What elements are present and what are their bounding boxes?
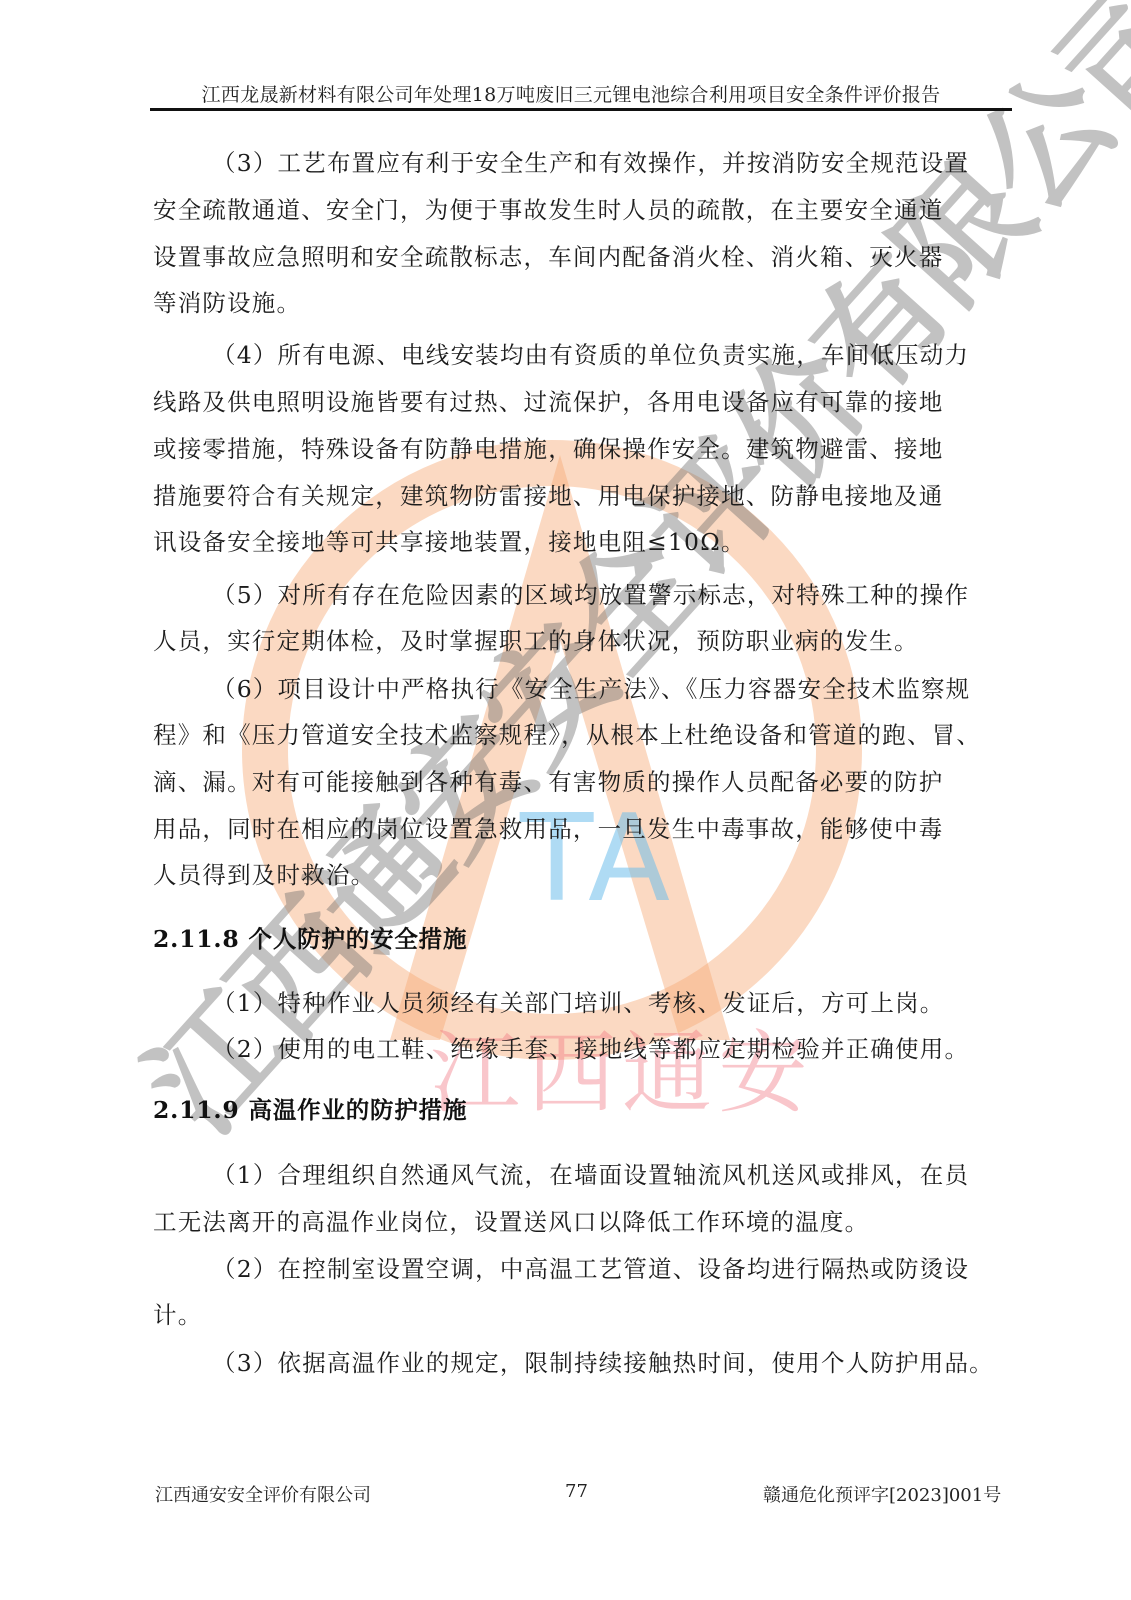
paragraph-line: （3）依据高温作业的规定，限制持续接触热时间，使用个人防护用品。 bbox=[212, 1348, 1074, 1378]
paragraph-line: 用品，同时在相应的岗位设置急救用品，一旦发生中毒事故，能够使中毒 bbox=[153, 814, 1015, 844]
paragraph-line: （2）在控制室设置空调，中高温工艺管道、设备均进行隔热或防烫设 bbox=[212, 1254, 1074, 1284]
paragraph-line: 计。 bbox=[153, 1300, 1015, 1330]
paragraph-line: （3）工艺布置应有利于安全生产和有效操作，并按消防安全规范设置 bbox=[212, 148, 1074, 178]
paragraph-line: （4）所有电源、电线安装均由有资质的单位负责实施，车间低压动力 bbox=[212, 340, 1074, 370]
section-heading: 2.11.8 个人防护的安全措施 bbox=[153, 924, 467, 954]
paragraph-line: 线路及供电照明设施皆要有过热、过流保护，各用电设备应有可靠的接地 bbox=[153, 387, 1015, 417]
section-heading: 2.11.9 高温作业的防护措施 bbox=[153, 1095, 467, 1125]
document-page: TA 江西通安 江西通安安全评价有限公司 江西龙晟新材料有限公司年处理18万吨废… bbox=[0, 0, 1131, 1600]
paragraph-line: 措施要符合有关规定，建筑物防雷接地、用电保护接地、防静电接地及通 bbox=[153, 481, 1015, 511]
paragraph-line: 滴、漏。对有可能接触到各种有毒、有害物质的操作人员配备必要的防护 bbox=[153, 767, 1015, 797]
paragraph-line: （1）合理组织自然通风气流，在墙面设置轴流风机送风或排风，在员 bbox=[212, 1160, 1074, 1190]
paragraph-line: 人员得到及时救治。 bbox=[153, 860, 1015, 890]
footer-document-number: 赣通危化预评字[2023]001号 bbox=[763, 1481, 1001, 1507]
paragraph-line: （1）特种作业人员须经有关部门培训、考核、发证后，方可上岗。 bbox=[212, 988, 1074, 1018]
paragraph-line: （6）项目设计中严格执行《安全生产法》、《压力容器安全技术监察规 bbox=[212, 674, 1074, 704]
footer-company: 江西通安安全评价有限公司 bbox=[155, 1481, 371, 1507]
paragraph-line: 或接零措施，特殊设备有防静电措施，确保操作安全。建筑物避雷、接地 bbox=[153, 434, 1015, 464]
paragraph-line: 等消防设施。 bbox=[153, 288, 1015, 318]
paragraph-line: 安全疏散通道、安全门，为便于事故发生时人员的疏散，在主要安全通道 bbox=[153, 195, 1015, 225]
footer-page-number: 77 bbox=[565, 1481, 588, 1502]
paragraph-line: 设置事故应急照明和安全疏散标志，车间内配备消火栓、消火箱、灭火器 bbox=[153, 242, 1015, 272]
paragraph-line: 人员，实行定期体检，及时掌握职工的身体状况，预防职业病的发生。 bbox=[153, 626, 1015, 656]
paragraph-line: （5）对所有存在危险因素的区域均放置警示标志，对特殊工种的操作 bbox=[212, 580, 1074, 610]
document-body: （3）工艺布置应有利于安全生产和有效操作，并按消防安全规范设置安全疏散通道、安全… bbox=[0, 0, 1131, 1600]
paragraph-line: （2）使用的电工鞋、绝缘手套、接地线等都应定期检验并正确使用。 bbox=[212, 1034, 1074, 1064]
paragraph-line: 讯设备安全接地等可共享接地装置，接地电阻≤10Ω。 bbox=[153, 527, 1015, 557]
paragraph-line: 程》和《压力管道安全技术监察规程》，从根本上杜绝设备和管道的跑、冒、 bbox=[153, 720, 1015, 750]
paragraph-line: 工无法离开的高温作业岗位，设置送风口以降低工作环境的温度。 bbox=[153, 1207, 1015, 1237]
